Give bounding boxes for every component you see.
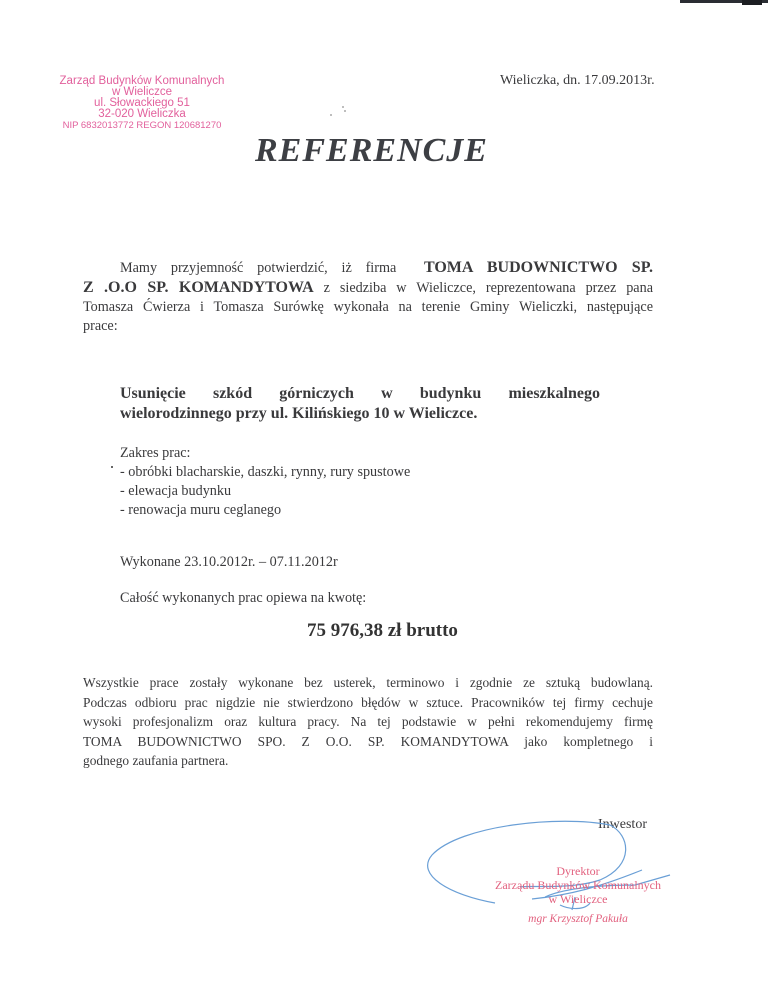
scope-item: - renowacja muru ceglanego bbox=[120, 501, 410, 520]
total-amount: 75 976,38 zł brutto bbox=[307, 620, 458, 642]
intro-line: Z .O.O SP. KOMANDYTOWA z siedziba w Wiel… bbox=[83, 278, 653, 298]
stamp-line: NIP 6832013772 REGON 120681270 bbox=[52, 120, 232, 131]
job-line: Usunięcie szkód górniczych w budynku mie… bbox=[120, 384, 600, 404]
total-label: Całość wykonanych prac opiewa na kwotę: bbox=[120, 590, 366, 607]
scan-speck bbox=[111, 466, 113, 468]
intro-line: Mamy przyjemność potwierdzić, iż firma T… bbox=[83, 258, 653, 278]
director-stamp: Dyrektor Zarządu Budynków Komunalnych w … bbox=[478, 864, 678, 926]
signatory-org: Zarządu Budynków Komunalnych bbox=[478, 878, 678, 892]
scope-item: - elewacja budynku bbox=[120, 482, 410, 501]
stamp-line: 32-020 Wieliczka bbox=[52, 109, 232, 120]
job-line: wielorodzinnego przy ul. Kilińskiego 10 … bbox=[120, 404, 600, 424]
signatory-title: Dyrektor bbox=[478, 864, 678, 878]
scan-specks bbox=[320, 100, 350, 120]
organization-stamp: Zarząd Budynków Komunalnych w Wieliczce … bbox=[52, 76, 232, 131]
closing-line: godnego zaufania partnera. bbox=[83, 751, 653, 771]
intro-text: Mamy przyjemność potwierdzić, iż firma bbox=[120, 260, 396, 276]
document-date: Wieliczka, dn. 17.09.2013r. bbox=[500, 73, 655, 89]
closing-line: Wszystkie prace zostały wykonane bez ust… bbox=[83, 673, 653, 693]
intro-text: z siedziba w Wieliczce, reprezentowana p… bbox=[324, 280, 653, 296]
intro-line: Tomasza Ćwierza i Tomasza Surówkę wykona… bbox=[83, 298, 653, 317]
completion-dates: Wykonane 23.10.2012r. – 07.11.2012r bbox=[120, 554, 338, 571]
closing-line: wysoki profesjonalizm oraz kultura pracy… bbox=[83, 712, 653, 732]
closing-line: Podczas odbioru prac nigdzie nie stwierd… bbox=[83, 693, 653, 713]
company-name: Z .O.O SP. KOMANDYTOWA bbox=[83, 279, 314, 296]
scope-heading: Zakres prac: bbox=[120, 444, 410, 463]
closing-text: Wszystkie prace zostały wykonane bez ust… bbox=[83, 675, 653, 690]
scope-item: - obróbki blacharskie, daszki, rynny, ru… bbox=[120, 463, 410, 482]
closing-line: TOMA BUDOWNICTWO SPO. Z O.O. SP. KOMANDY… bbox=[83, 732, 653, 752]
signatory-name: mgr Krzysztof Pakuła bbox=[478, 912, 678, 926]
document-title: REFERENCJE bbox=[255, 132, 488, 170]
scope-of-work: Zakres prac: - obróbki blacharskie, dasz… bbox=[120, 444, 410, 520]
intro-paragraph: Mamy przyjemność potwierdzić, iż firma T… bbox=[83, 258, 653, 336]
scan-edge-mark bbox=[742, 0, 762, 5]
job-description: Usunięcie szkód górniczych w budynku mie… bbox=[120, 384, 600, 424]
intro-line: prace: bbox=[83, 317, 653, 336]
signatory-org: w Wieliczce bbox=[478, 892, 678, 906]
closing-paragraph: Wszystkie prace zostały wykonane bez ust… bbox=[83, 673, 653, 771]
company-name: TOMA BUDOWNICTWO SP. bbox=[424, 259, 653, 276]
